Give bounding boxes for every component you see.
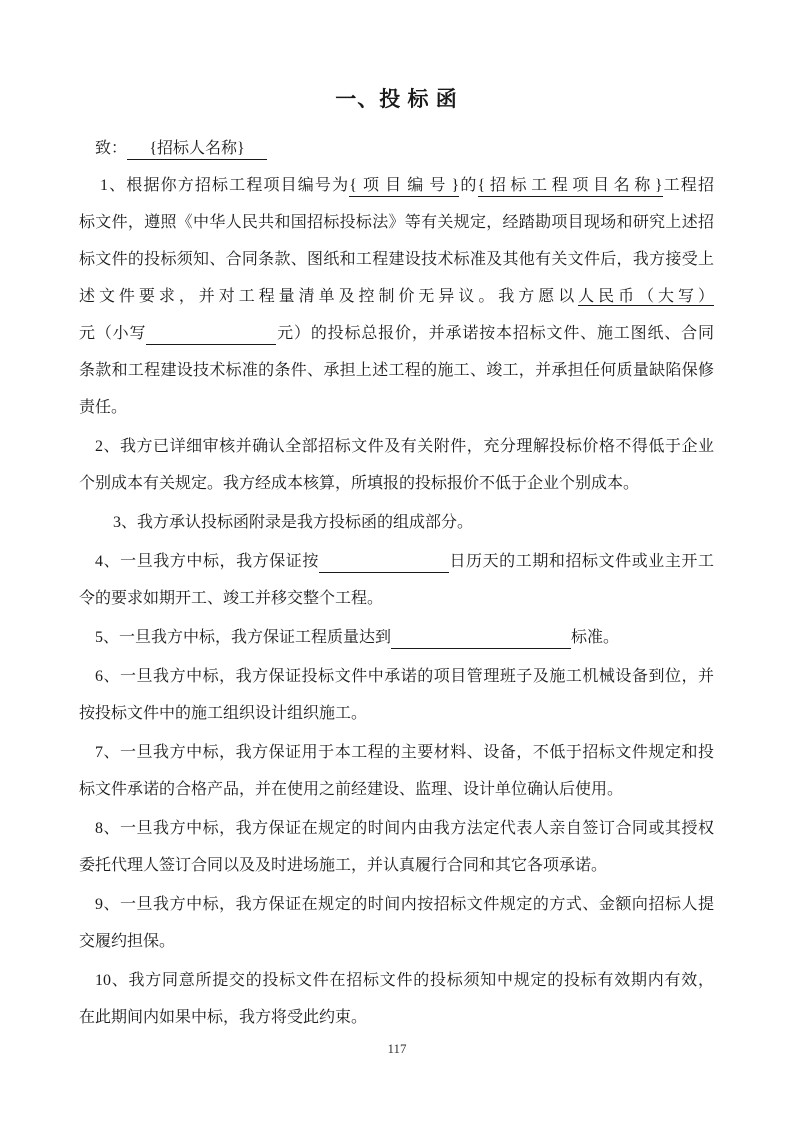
text-run: 标文件承诺的合格产品，并在使用之前经建设、监理、设计单位确认后使用。 — [79, 781, 623, 798]
text-line: 令的要求如期开工、竣工并移交整个工程。 — [79, 580, 714, 617]
text-run: 6、一旦我方中标，我方保证投标文件中承诺的项目管理班子及施工机械设备到位，并 — [95, 668, 714, 685]
text-run: 10、我方同意所提交的投标文件在招标文件的投标须知中规定的投标有效期内有效， — [95, 972, 714, 989]
clause-2: 2、我方已详细审核并确认全部招标文件及有关附件，充分理解投标价格不得低于企业个别… — [79, 428, 714, 502]
text-run: 工程招 — [663, 177, 714, 194]
clause-10: 10、我方同意所提交的投标文件在招标文件的投标须知中规定的投标有效期内有效，在此… — [79, 962, 714, 1036]
text-line: 7、一旦我方中标，我方保证用于本工程的主要材料、设备，不低于招标文件规定和投 — [79, 734, 714, 771]
document-page: 一、投 标 函 致：{招标人名称}1、根据你方招标工程项目编号为{项目编号}的{… — [0, 0, 794, 1122]
text-line: 2、我方已详细审核并确认全部招标文件及有关附件，充分理解投标价格不得低于企业 — [79, 428, 714, 465]
text-run: 交履约担保。 — [79, 933, 175, 950]
text-line: 3、我方承认投标函附录是我方投标函的组成部分。 — [79, 504, 714, 541]
text-run: 标文件，遵照《中华人民共和国招标投标法》等有关规定，经踏勘项目现场和研究上述招 — [79, 214, 714, 231]
document-title: 一、投 标 函 — [79, 84, 714, 114]
text-line: 条款和工程建设技术标准的条件、承担上述工程的施工、竣工，并承担任何质量缺陷保修 — [79, 352, 714, 389]
recipient-blank-field: {招标人名称} — [127, 138, 267, 160]
blank-field: {招标工程项目名称} — [478, 175, 663, 197]
page-number: 117 — [0, 1040, 794, 1058]
document-body: 致：{招标人名称}1、根据你方招标工程项目编号为{项目编号}的{招标工程项目名称… — [79, 130, 714, 1036]
clause-9: 9、一旦我方中标，我方保证在规定的时间内按招标文件规定的方式、金额向招标人提交履… — [79, 886, 714, 960]
text-run: 按投标文件中的施工组织设计组织施工。 — [79, 705, 367, 722]
text-line: 标文件承诺的合格产品，并在使用之前经建设、监理、设计单位确认后使用。 — [79, 771, 714, 808]
text-run: 条款和工程建设技术标准的条件、承担上述工程的施工、竣工，并承担任何质量缺陷保修 — [79, 362, 714, 379]
clause-6: 6、一旦我方中标，我方保证投标文件中承诺的项目管理班子及施工机械设备到位，并按投… — [79, 658, 714, 732]
salutation-label: 致： — [95, 140, 127, 157]
text-run: 元（小写 — [79, 325, 146, 342]
underlined-text: 人民币（大写） — [578, 288, 714, 306]
text-line: 个别成本有关规定。我方经成本核算，所填报的投标报价不低于企业个别成本。 — [79, 465, 714, 502]
text-run: 日历天的工期和招标文件或业主开工 — [449, 553, 714, 570]
text-run: 责任。 — [79, 399, 127, 416]
text-run: 5、一旦我方中标，我方保证工程质量达到 — [95, 629, 391, 646]
text-run: 4、一旦我方中标，我方保证按 — [95, 553, 319, 570]
text-run: 述文件要求，并对工程量清单及控制价无异议。我方愿以 — [79, 288, 578, 305]
text-line: 1、根据你方招标工程项目编号为{项目编号}的{招标工程项目名称}工程招 — [79, 167, 714, 204]
blank-field: ​ — [146, 323, 276, 345]
text-line: 4、一旦我方中标，我方保证按​日历天的工期和招标文件或业主开工 — [79, 543, 714, 580]
clause-5: 5、一旦我方中标，我方保证工程质量达到​标准。 — [79, 619, 714, 656]
text-line: 标文件的投标须知、合同条款、图纸和工程建设技术标准及其他有关文件后，我方接受上 — [79, 241, 714, 278]
text-line: 5、一旦我方中标，我方保证工程质量达到​标准。 — [79, 619, 714, 656]
text-line: 标文件，遵照《中华人民共和国招标投标法》等有关规定，经踏勘项目现场和研究上述招 — [79, 204, 714, 241]
clause-8: 8、一旦我方中标，我方保证在规定的时间内由我方法定代表人亲自签订合同或其授权委托… — [79, 810, 714, 884]
text-run: 令的要求如期开工、竣工并移交整个工程。 — [79, 590, 383, 607]
text-line: 在此期间内如果中标，我方将受此约束。 — [79, 999, 714, 1036]
blank-field: ​ — [319, 551, 449, 573]
text-run: 7、一旦我方中标，我方保证用于本工程的主要材料、设备，不低于招标文件规定和投 — [95, 744, 714, 761]
text-run: 委托代理人签订合同以及及时进场施工，并认真履行合同和其它各项承诺。 — [79, 857, 607, 874]
clause-7: 7、一旦我方中标，我方保证用于本工程的主要材料、设备，不低于招标文件规定和投标文… — [79, 734, 714, 808]
text-run: 个别成本有关规定。我方经成本核算，所填报的投标报价不低于企业个别成本。 — [79, 475, 639, 492]
text-run: 1、根据你方招标工程项目编号为 — [100, 177, 349, 194]
text-line: 交履约担保。 — [79, 923, 714, 960]
text-line: 委托代理人签订合同以及及时进场施工，并认真履行合同和其它各项承诺。 — [79, 847, 714, 884]
text-run: 元）的投标总报价，并承诺按本招标文件、施工图纸、合同 — [276, 325, 714, 342]
blank-field: {项目编号} — [349, 175, 459, 197]
text-run: 3、我方承认投标函附录是我方投标函的组成部分。 — [113, 514, 473, 531]
text-line: 10、我方同意所提交的投标文件在招标文件的投标须知中规定的投标有效期内有效， — [79, 962, 714, 999]
text-line: 9、一旦我方中标，我方保证在规定的时间内按招标文件规定的方式、金额向招标人提 — [79, 886, 714, 923]
text-line: 按投标文件中的施工组织设计组织施工。 — [79, 695, 714, 732]
text-run: 2、我方已详细审核并确认全部招标文件及有关附件，充分理解投标价格不得低于企业 — [95, 438, 714, 455]
text-line: 责任。 — [79, 389, 714, 426]
text-line: 述文件要求，并对工程量清单及控制价无异议。我方愿以人民币（大写） — [79, 278, 714, 315]
text-line: 元（小写​元）的投标总报价，并承诺按本招标文件、施工图纸、合同 — [79, 315, 714, 352]
text-run: 8、一旦我方中标，我方保证在规定的时间内由我方法定代表人亲自签订合同或其授权 — [95, 820, 714, 837]
clause-1: 1、根据你方招标工程项目编号为{项目编号}的{招标工程项目名称}工程招标文件，遵… — [79, 167, 714, 426]
clause-4: 4、一旦我方中标，我方保证按​日历天的工期和招标文件或业主开工令的要求如期开工、… — [79, 543, 714, 617]
salutation-line: 致：{招标人名称} — [79, 130, 714, 167]
text-line: 8、一旦我方中标，我方保证在规定的时间内由我方法定代表人亲自签订合同或其授权 — [79, 810, 714, 847]
text-run: 标准。 — [571, 629, 619, 646]
text-run: 9、一旦我方中标，我方保证在规定的时间内按招标文件规定的方式、金额向招标人提 — [95, 896, 714, 913]
text-run: 在此期间内如果中标，我方将受此约束。 — [79, 1009, 367, 1026]
clause-3: 3、我方承认投标函附录是我方投标函的组成部分。 — [79, 504, 714, 541]
text-line: 6、一旦我方中标，我方保证投标文件中承诺的项目管理班子及施工机械设备到位，并 — [79, 658, 714, 695]
text-run: 标文件的投标须知、合同条款、图纸和工程建设技术标准及其他有关文件后，我方接受上 — [79, 251, 714, 268]
text-run: 的 — [459, 177, 477, 194]
blank-field: ​ — [391, 627, 571, 649]
